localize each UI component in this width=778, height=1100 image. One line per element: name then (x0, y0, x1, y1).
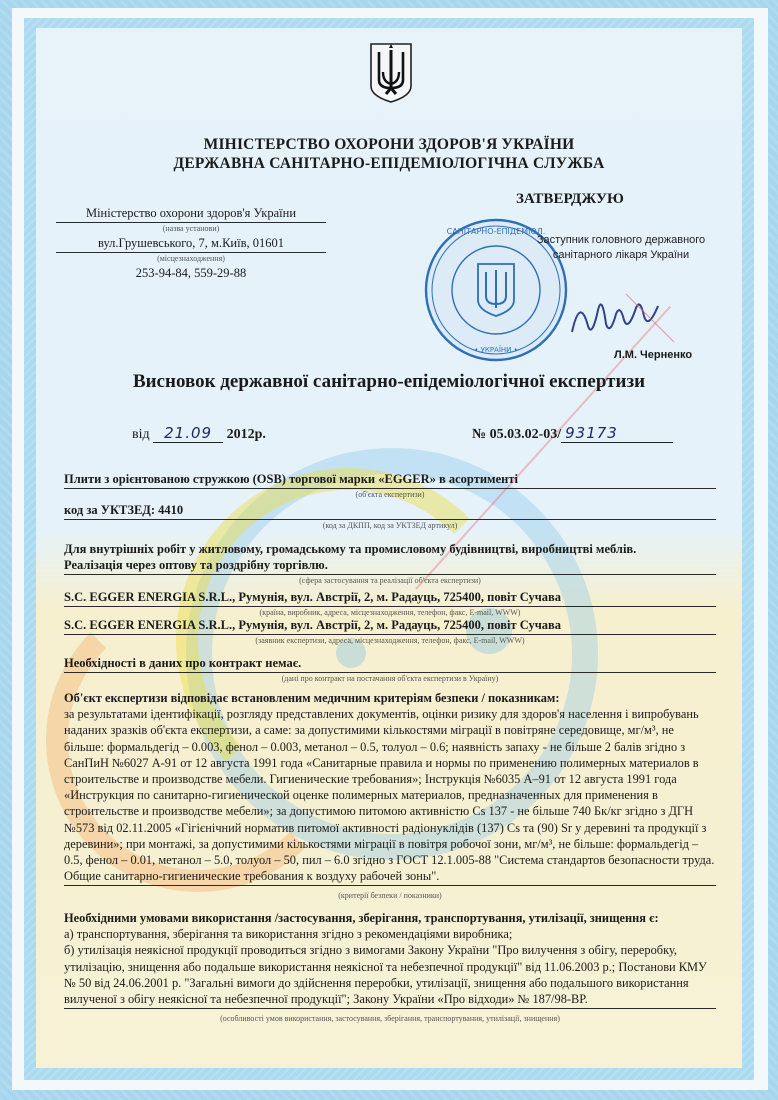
criteria-lead: Об'єкт експертизи відповідає встановлени… (64, 690, 716, 706)
number-row: № 05.03.02-03/93173 (472, 424, 673, 443)
signature-icon (566, 286, 676, 346)
field-scope: Для внутрішніх робіт у житловому, громад… (64, 541, 716, 588)
conditions-item-b: б) утилізація неякісної продукції провод… (64, 942, 716, 1009)
certificate-page: МІНІСТЕРСТВО ОХОРОНИ ЗДОРОВ'Я УКРАЇНИ ДЕ… (36, 28, 742, 1068)
scope-value-line2: Реалізація через оптову та роздрібну тор… (64, 557, 716, 575)
manufacturer-caption: (країна, виробник, адреса, місцезнаходже… (64, 608, 716, 617)
approver-position-line1: Заступник головного державного (506, 233, 736, 248)
field-manufacturer: S.C. EGGER ENERGIA S.R.L., Румунія, вул.… (64, 589, 716, 620)
date-prefix: від (132, 427, 150, 442)
scope-value-line1: Для внутрішніх робіт у житловому, громад… (64, 541, 716, 557)
conditions-section: Необхідними умовами використання /застос… (64, 910, 716, 1027)
code-caption: (код за ДКПП, код за УКТЗЕД артикул) (64, 521, 716, 530)
number-prefix: № 05.03.02-03/ (472, 427, 561, 442)
approver-position: Заступник головного державного санітарно… (506, 233, 736, 263)
contract-caption: (дані про контракт на постачання об'єкта… (64, 674, 716, 683)
handwritten-date: 21.09 (153, 424, 223, 443)
scope-caption: (сфера застосування та реалізації об'єкт… (64, 576, 716, 585)
conditions-lead: Необхідними умовами використання /застос… (64, 910, 716, 926)
tryzub-icon (369, 42, 413, 104)
applicant-caption: (заявник експертизи, адреса, місцезнаход… (64, 636, 716, 645)
issuer-name: Міністерство охорони здоров'я України (56, 206, 326, 223)
approver-position-line2: санітарного лікаря України (506, 248, 736, 263)
conditions-caption: (особливості умов використання, застосув… (64, 1011, 716, 1027)
criteria-section: Об'єкт експертизи відповідає встановлени… (64, 690, 716, 905)
criteria-caption: (критерії безпеки / показники) (64, 888, 716, 904)
issuer-block: Міністерство охорони здоров'я України (н… (56, 206, 326, 281)
ministry-heading: МІНІСТЕРСТВО ОХОРОНИ ЗДОРОВ'Я УКРАЇНИ (36, 136, 742, 154)
field-code: код за УКТЗЕД: 4410 (код за ДКПП, код за… (64, 502, 716, 533)
date-year: 2012р. (227, 427, 266, 442)
conditions-item-a: а) транспортування, зберігання та викори… (64, 926, 716, 942)
issuer-address-caption: (місцезнаходження) (56, 254, 326, 263)
handwritten-number: 93173 (561, 424, 673, 443)
applicant-value: S.C. EGGER ENERGIA S.R.L., Румунія, вул.… (64, 617, 716, 635)
code-value: код за УКТЗЕД: 4410 (64, 502, 716, 520)
object-value: Плити з орієнтованою стружкою (OSB) торг… (64, 471, 716, 489)
field-contract: Необхідності в даних про контракт немає.… (64, 655, 716, 686)
issuer-phones: 253-94-84, 559-29-88 (56, 266, 326, 281)
issuer-address: вул.Грушевського, 7, м.Київ, 01601 (56, 236, 326, 253)
field-object: Плити з орієнтованою стружкою (OSB) торг… (64, 471, 716, 502)
issuer-name-caption: (назва установи) (56, 224, 326, 233)
manufacturer-value: S.C. EGGER ENERGIA S.R.L., Румунія, вул.… (64, 589, 716, 607)
svg-text:• УКРАЇНИ •: • УКРАЇНИ • (474, 345, 518, 354)
approval-label: ЗАТВЕРДЖУЮ (516, 191, 624, 208)
field-applicant: S.C. EGGER ENERGIA S.R.L., Румунія, вул.… (64, 617, 716, 648)
document-title: Висновок державної санітарно-епідеміолог… (36, 371, 742, 393)
criteria-text: за результатами ідентифікації, розгляду … (64, 706, 716, 886)
date-row: від 21.09 2012р. (132, 424, 266, 443)
signer-name: Л.М. Черненко (614, 349, 692, 361)
contract-value: Необхідності в даних про контракт немає. (64, 655, 716, 673)
service-heading: ДЕРЖАВНА САНІТАРНО-ЕПІДЕМІОЛОГІЧНА СЛУЖБ… (36, 155, 742, 173)
object-caption: (об'єкта експертизи) (64, 490, 716, 499)
